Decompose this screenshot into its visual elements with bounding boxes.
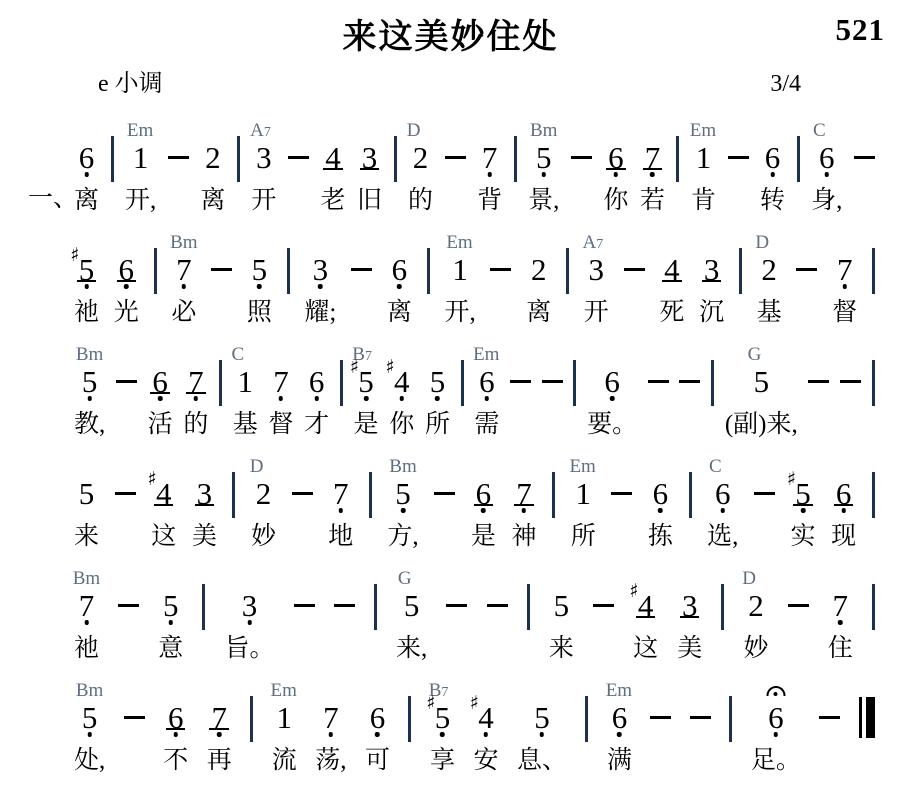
note-token: Em1开, [125,135,156,216]
note-glyph: 6 [392,254,408,285]
barline-mark [461,360,464,406]
dash-line [650,716,671,719]
time-signature: 3/4 [770,71,801,98]
note-area [872,247,875,285]
lyric-syllable: 再 [207,746,232,776]
note-digit: 6 [476,478,492,509]
note-token: 3旧 [357,135,382,216]
note-area [219,359,222,397]
note-token: C6选, [707,471,738,552]
note-token: Em1肯 [691,135,716,216]
barline-mark [729,696,732,742]
note-digit: 5 [404,590,420,621]
note-area [650,695,671,733]
note-token: 7住 [828,583,853,664]
chord-seventh: 7 [264,125,271,140]
note-area [679,359,700,397]
dash-line [434,492,455,495]
note-digit: 5 [79,254,95,285]
note-glyph: 7 [333,478,349,509]
chord-label: Bm [73,569,100,588]
octave-dot [194,396,199,401]
chord-label: Bm [170,233,197,252]
note-glyph: ♯4 [394,366,410,397]
dash-line [445,156,466,159]
note-glyph: 3 [313,254,329,285]
note-digit: 5 [795,478,811,509]
note-digit: 5 [536,142,552,173]
note-digit: 6 [79,142,95,173]
note-glyph: G5 [754,366,770,397]
music-line: Bm5教,6活7的C1基7督6才B7♯5是♯4你5所Em6需6要。G5(副)来, [74,334,875,440]
note-area: Em1 [575,471,591,509]
barline-mark [573,360,576,406]
note-token: 5来 [549,583,574,664]
note-digit: 1 [696,142,712,173]
note-digit: 5 [252,254,268,285]
barline-mark [219,360,222,406]
lyric-syllable: 身, [811,186,842,216]
barline-mark [676,136,679,182]
octave-dot [314,396,319,401]
note-area [434,471,455,509]
note-glyph: 6 [370,702,386,733]
note-token: 5息、 [517,695,567,776]
note-token: 7督 [268,359,293,440]
lyric-syllable: 安 [473,746,498,776]
chord-seventh: 7 [441,685,448,700]
note-digit: 3 [313,254,329,285]
note-glyph: 7 [211,702,227,733]
note-digit: 6 [715,478,731,509]
note-area: 4 [664,247,680,285]
note-area: ♯5 [795,471,811,509]
barline [872,583,875,664]
lyric-syllable: 的 [183,410,208,440]
note-glyph: ♯5 [795,478,811,509]
verse-number: 一、 [28,184,78,214]
octave-dot [770,172,775,177]
barline-mark [374,584,377,630]
note-digit: 5 [395,478,411,509]
note-token: 6是 [471,471,496,552]
page-title: 来这美妙住处 [0,18,901,58]
note-glyph: G5 [404,590,420,621]
lyric-syllable: 意 [158,634,183,664]
note-glyph: 5 [252,254,268,285]
note-glyph: ♯4 [156,478,172,509]
lyric-syllable: 基 [233,410,258,440]
note-area: 7 [482,135,498,173]
note-digit: 5 [554,590,570,621]
octave-dot [541,172,546,177]
barline [721,583,724,664]
lyric-syllable: 旨。 [225,634,275,664]
note-area: 3 [313,247,329,285]
note-digit: 2 [413,142,429,173]
note-area [340,359,343,397]
lyric-syllable: 妙 [251,522,276,552]
dash-line [728,156,749,159]
note-token: Bm5教, [74,359,105,440]
note-glyph: 7 [645,142,661,173]
barline [237,135,240,216]
lyric-syllable: 来 [549,634,574,664]
note-glyph: B7♯5 [435,702,451,733]
barline [566,247,569,328]
note-area: Bm5 [395,471,411,509]
chord-label: A7 [583,233,604,252]
note-area: 6 [370,695,386,733]
note-area [796,247,817,285]
note-glyph: 5 [534,702,550,733]
lyric-syllable: 这 [151,522,176,552]
lyric-syllable: 开 [251,186,276,216]
lyric-syllable: 景, [528,186,559,216]
note-area: B7♯5 [358,359,374,397]
note-digit: 6 [653,478,669,509]
lyric-syllable: 荡, [315,746,346,776]
score: 一、6离Em1开,2离A73开4老3旧D2的7背Bm5景,6你7若Em1肯6转C… [74,110,875,776]
note-glyph: 7 [833,590,849,621]
note-area [461,359,464,397]
note-digit: 6 [608,142,624,173]
note-token: B7♯5享 [430,695,455,776]
note-digit: 6 [309,366,325,397]
barline-mark [111,136,114,182]
note-area [566,247,569,285]
note-digit: 6 [765,142,781,173]
lyric-syllable: (副)来, [725,410,798,440]
note-area: 6 [119,247,135,285]
note-digit: 7 [482,142,498,173]
note-token: ♯4这 [151,471,176,552]
note-token: D2基 [757,247,782,328]
octave-dot [824,172,829,177]
note-glyph: ♯5 [79,254,95,285]
dash-line [351,268,372,271]
barline-mark [585,696,588,742]
dash-token [840,359,861,440]
note-glyph: D2 [748,590,764,621]
octave-dot [435,396,440,401]
note-area [872,471,875,509]
note-glyph: 7 [516,478,532,509]
octave-dot [399,396,404,401]
note-area: C6 [715,471,731,509]
chord-label: Em [690,121,716,140]
note-area [510,359,531,397]
note-area [808,359,829,397]
note-token: Bm7祂 [74,583,99,664]
note-glyph: Bm5 [395,478,411,509]
dash-token [796,247,817,328]
note-glyph: 3 [682,590,698,621]
barline-mark [237,136,240,182]
barline [287,247,290,328]
dash-token [650,695,671,776]
note-area [840,359,861,397]
barline [514,135,517,216]
note-digit: 1 [452,254,468,285]
dash-line [593,604,614,607]
lyric-syllable: 享 [430,746,455,776]
lyric-syllable: 所 [425,410,450,440]
note-area: G5 [404,583,420,621]
octave-dot [84,172,89,177]
note-glyph: 7 [323,702,339,733]
note-glyph: 5 [79,478,95,509]
note-area: Em6 [612,695,628,733]
chord-label: D [407,121,421,140]
note-digit: 6 [604,366,620,397]
note-area [624,247,645,285]
dash-line [118,604,139,607]
dash-line [487,604,508,607]
note-area [739,247,742,285]
barline-mark [287,248,290,294]
octave-dot [610,396,615,401]
lyric-syllable: 选, [707,522,738,552]
lyric-syllable: 教, [74,410,105,440]
music-line: ♯5祂6光Bm7必5照3耀;6离Em1开,2离A73开4死3沉D2基7督 [74,222,875,328]
note-digit: 7 [273,366,289,397]
chord-label: Em [606,681,632,700]
note-digit: 5 [430,366,446,397]
note-glyph: B7♯5 [358,366,374,397]
octave-dot [87,396,92,401]
note-area: 5 [554,583,570,621]
note-area: Em1 [276,695,292,733]
barline [154,247,157,328]
note-token: 6你 [603,135,628,216]
chord-label: Bm [389,457,416,476]
octave-dot [169,620,174,625]
note-token: Em6满 [607,695,632,776]
note-area [394,135,397,173]
dash-token [434,471,455,552]
note-area [118,583,139,621]
note-area: ♯4 [638,583,654,621]
note-digit: 5 [754,366,770,397]
note-digit: 5 [358,366,374,397]
note-digit: 3 [589,254,605,285]
note-area [111,135,114,173]
barline-mark [872,584,875,630]
hymn-number: 521 [836,12,886,48]
lyric-syllable: 旧 [357,186,382,216]
note-digit: 4 [664,254,680,285]
note-digit: 6 [479,366,495,397]
music-line: Bm5处,6不7再Em1流7荡,6可B7♯5享♯4安5息、Em6满6足。 [74,670,875,776]
barline [797,135,800,216]
note-area: Bm5 [82,695,98,733]
barline-mark [552,472,555,518]
octave-dot [540,732,545,737]
note-digit: 7 [79,590,95,621]
lyric-syllable: 现 [831,522,856,552]
note-area: ♯4 [394,359,410,397]
note-glyph: 6 [476,478,492,509]
barline [232,471,235,552]
octave-dot [257,284,262,289]
note-glyph: Em6 [479,366,495,397]
note-token: 5意 [158,583,183,664]
note-area: ♯4 [156,471,172,509]
note-digit: 6 [819,142,835,173]
note-token: B7♯5是 [354,359,379,440]
note-area: 6 [608,135,624,173]
note-digit: 1 [575,478,591,509]
lyric-syllable: 来, [396,634,427,664]
lyric-syllable: 方, [387,522,418,552]
barline-mark [427,248,430,294]
note-area [872,583,875,621]
note-token: 7背 [477,135,502,216]
dash-line [754,492,775,495]
chord-label: Em [446,233,472,252]
dash-token [754,471,775,552]
octave-dot [87,732,92,737]
note-token: ♯5祂 [74,247,99,328]
barline-mark [689,472,692,518]
note-area: 7 [333,471,349,509]
note-area [369,471,372,509]
dash-token [854,135,875,216]
note-token: G5(副)来, [725,359,798,440]
lyric-syllable: 死 [659,298,684,328]
note-token: 6转 [760,135,785,216]
music-line: Bm7祂5意3旨。G5来,5来♯4这3美D2妙7住 [74,558,875,664]
note-glyph: 3 [704,254,720,285]
octave-dot [838,620,843,625]
note-glyph: 6 [608,142,624,173]
note-token: 6可 [365,695,390,776]
octave-dot [801,508,806,513]
note-token: 6不 [163,695,188,776]
note-area: C1 [237,359,253,397]
note-area [116,359,137,397]
dash-line [116,380,137,383]
note-area: 6 [768,695,784,733]
dash-token [211,247,232,328]
note-digit: 2 [531,254,547,285]
note-area [202,583,205,621]
note-area [754,471,775,509]
note-digit: 3 [704,254,720,285]
note-area: C6 [819,135,835,173]
lyric-syllable: 的 [408,186,433,216]
note-area: Bm7 [79,583,95,621]
note-area: D2 [413,135,429,173]
lyric-syllable: 流 [272,746,297,776]
barline-mark [527,584,530,630]
note-glyph: C6 [715,478,731,509]
note-area [552,471,555,509]
meta-row: e 小调 3/4 [0,68,901,98]
lyric-syllable: 沉 [699,298,724,328]
barline [340,359,343,440]
note-area [232,471,235,509]
note-token: Em6需 [474,359,499,440]
note-area: D2 [761,247,777,285]
note-area [648,359,669,397]
note-area: G5 [754,359,770,397]
note-token: 3美 [192,471,217,552]
note-glyph: 4 [325,142,341,173]
note-area [168,135,189,173]
note-area [585,695,588,733]
chord-label: Em [473,345,499,364]
octave-dot [397,284,402,289]
barline [527,583,530,664]
note-area [573,359,576,397]
music-line: 5来♯4这3美D2妙7地Bm5方,6是7神Em1所6拣C6选,♯5实6现 [74,446,875,552]
dash-line [288,156,309,159]
note-glyph: 3 [242,590,258,621]
lyric-syllable: 离 [526,298,551,328]
note-digit: 5 [82,366,98,397]
note-glyph: 3 [362,142,378,173]
note-digit: 6 [768,702,784,733]
note-glyph: 6 [836,478,852,509]
barline [739,247,742,328]
note-glyph: A73 [589,254,605,285]
note-area: Em1 [133,135,149,173]
note-glyph: 6 [768,702,784,733]
note-area: 7 [833,583,849,621]
note-area [819,695,840,733]
chord-label: Bm [76,681,103,700]
dash-line [490,268,511,271]
lyric-syllable: 老 [320,186,345,216]
octave-dot [182,284,187,289]
note-area: 6 [309,359,325,397]
note-token: Em1流 [272,695,297,776]
chord-label: Em [569,457,595,476]
note-area [288,135,309,173]
note-digit: 1 [237,366,253,397]
lyric-syllable: 可 [365,746,390,776]
note-digit: 7 [833,590,849,621]
note-area [408,695,411,733]
note-area [446,583,467,621]
chord-label: A7 [250,121,271,140]
final-thick-bar [866,697,875,738]
dash-token [292,471,313,552]
note-area: 7 [645,135,661,173]
note-token: Bm5景, [528,135,559,216]
note-glyph: ♯4 [478,702,494,733]
note-area: ♯4 [478,695,494,733]
note-area: 6 [653,471,669,509]
note-area [287,247,290,285]
note-digit: 7 [176,254,192,285]
note-token: A73开 [584,247,609,328]
note-glyph: 7 [837,254,853,285]
barline [872,359,875,440]
note-area: D2 [256,471,272,509]
dash-line [808,380,829,383]
barline-mark [154,248,157,294]
octave-dot [658,508,663,513]
note-token: 4死 [659,247,684,328]
lyric-syllable: 美 [192,522,217,552]
note-digit: 4 [638,590,654,621]
note-area: Bm7 [176,247,192,285]
note-glyph: Bm5 [536,142,552,173]
note-area [445,135,466,173]
